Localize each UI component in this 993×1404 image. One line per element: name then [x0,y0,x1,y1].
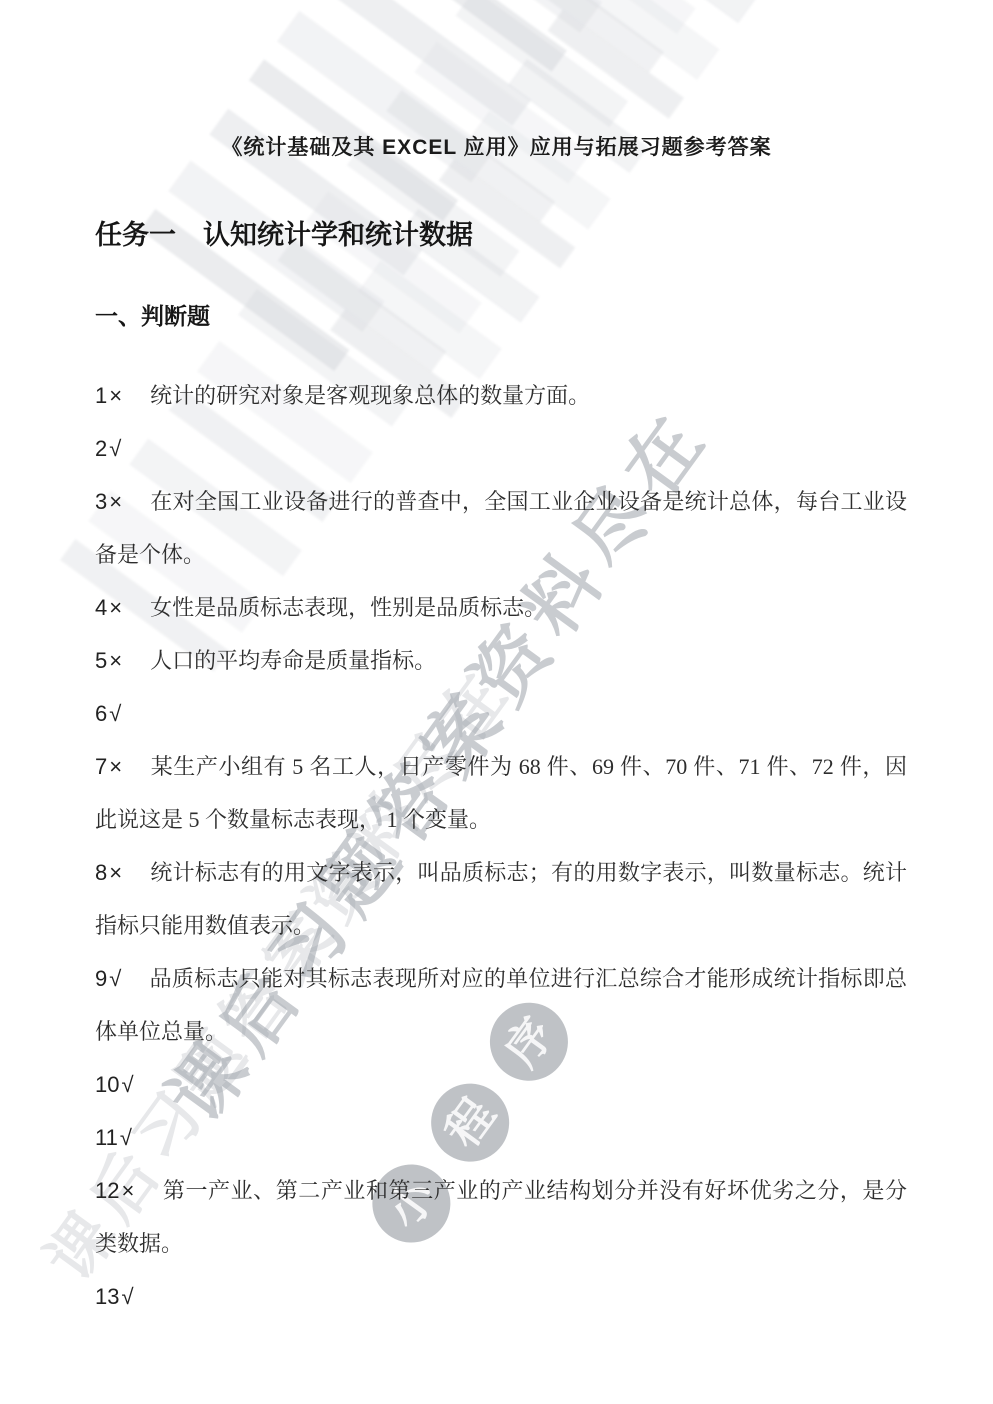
question-item: 4×女性是品质标志表现，性别是品质标志。 [95,581,907,634]
question-text: 统计标志有的用文字表示，叫品质标志；有的用数字表示，叫数量标志。统计指标只能用数… [95,860,907,938]
section-heading: 任务一 认知统计学和统计数据 [95,213,993,252]
answer-mark: × [121,1178,134,1203]
question-text: 品质标志只能对其标志表现所对应的单位进行汇总综合才能形成统计指标即总体单位总量。 [95,966,907,1044]
question-text: 统计的研究对象是客观现象总体的数量方面。 [150,383,590,408]
answer-mark: √ [121,1284,133,1309]
question-item: 3×在对全国工业设备进行的普查中，全国工业企业设备是统计总体，每台工业设备是个体… [95,475,907,581]
document-title: 《统计基础及其 EXCEL 应用》应用与拓展习题参考答案 [0,0,993,161]
question-number: 8 [95,860,107,885]
question-number: 12 [95,1178,119,1203]
answer-mark: √ [120,1125,132,1150]
question-item: 12×第一产业、第二产业和第三产业的产业结构划分并没有好坏优劣之分，是分类数据。 [95,1164,907,1270]
answer-mark: √ [109,701,121,726]
answer-mark: × [109,860,122,885]
question-item: 8×统计标志有的用文字表示，叫品质标志；有的用数字表示，叫数量标志。统计指标只能… [95,846,907,952]
question-number: 11 [95,1125,118,1150]
answer-mark: × [109,383,122,408]
answer-mark: × [109,489,122,514]
answer-mark: × [109,595,122,620]
question-item: 2√ [95,422,907,475]
answer-mark: × [109,754,122,779]
question-item: 9√品质标志只能对其标志表现所对应的单位进行汇总综合才能形成统计指标即总体单位总… [95,952,907,1058]
answer-mark: × [109,648,122,673]
question-text: 人口的平均寿命是质量指标。 [150,648,436,673]
question-number: 9 [95,966,107,991]
subsection-heading: 一、判断题 [95,298,993,331]
question-item: 1×统计的研究对象是客观现象总体的数量方面。 [95,369,907,422]
question-item: 13√ [95,1270,907,1323]
question-item: 7×某生产小组有 5 名工人，日产零件为 68 件、69 件、70 件、71 件… [95,740,907,846]
question-item: 10√ [95,1058,907,1111]
question-text: 某生产小组有 5 名工人，日产零件为 68 件、69 件、70 件、71 件、7… [95,754,907,832]
answer-mark: √ [121,1072,133,1097]
answer-mark: √ [109,436,121,461]
answer-mark: √ [109,966,121,991]
question-number: 10 [95,1072,119,1097]
document-page: 课后习题答案资料尽在 课后习题答案资料尽在 小程序 《统计基础及其 EXCEL … [0,0,993,1404]
question-number: 6 [95,701,107,726]
question-text: 第一产业、第二产业和第三产业的产业结构划分并没有好坏优劣之分，是分类数据。 [95,1178,907,1256]
question-number: 7 [95,754,107,779]
question-item: 6√ [95,687,907,740]
question-item: 5×人口的平均寿命是质量指标。 [95,634,907,687]
question-text: 女性是品质标志表现，性别是品质标志。 [150,595,546,620]
question-number: 4 [95,595,107,620]
question-number: 1 [95,383,107,408]
question-number: 3 [95,489,107,514]
question-item: 11√ [95,1111,907,1164]
questions-list: 1×统计的研究对象是客观现象总体的数量方面。 2√ 3×在对全国工业设备进行的普… [95,369,907,1323]
question-text: 在对全国工业设备进行的普查中，全国工业企业设备是统计总体，每台工业设备是个体。 [95,489,907,567]
question-number: 5 [95,648,107,673]
question-number: 2 [95,436,107,461]
document-content: 《统计基础及其 EXCEL 应用》应用与拓展习题参考答案 任务一 认知统计学和统… [0,0,993,1323]
question-number: 13 [95,1284,119,1309]
